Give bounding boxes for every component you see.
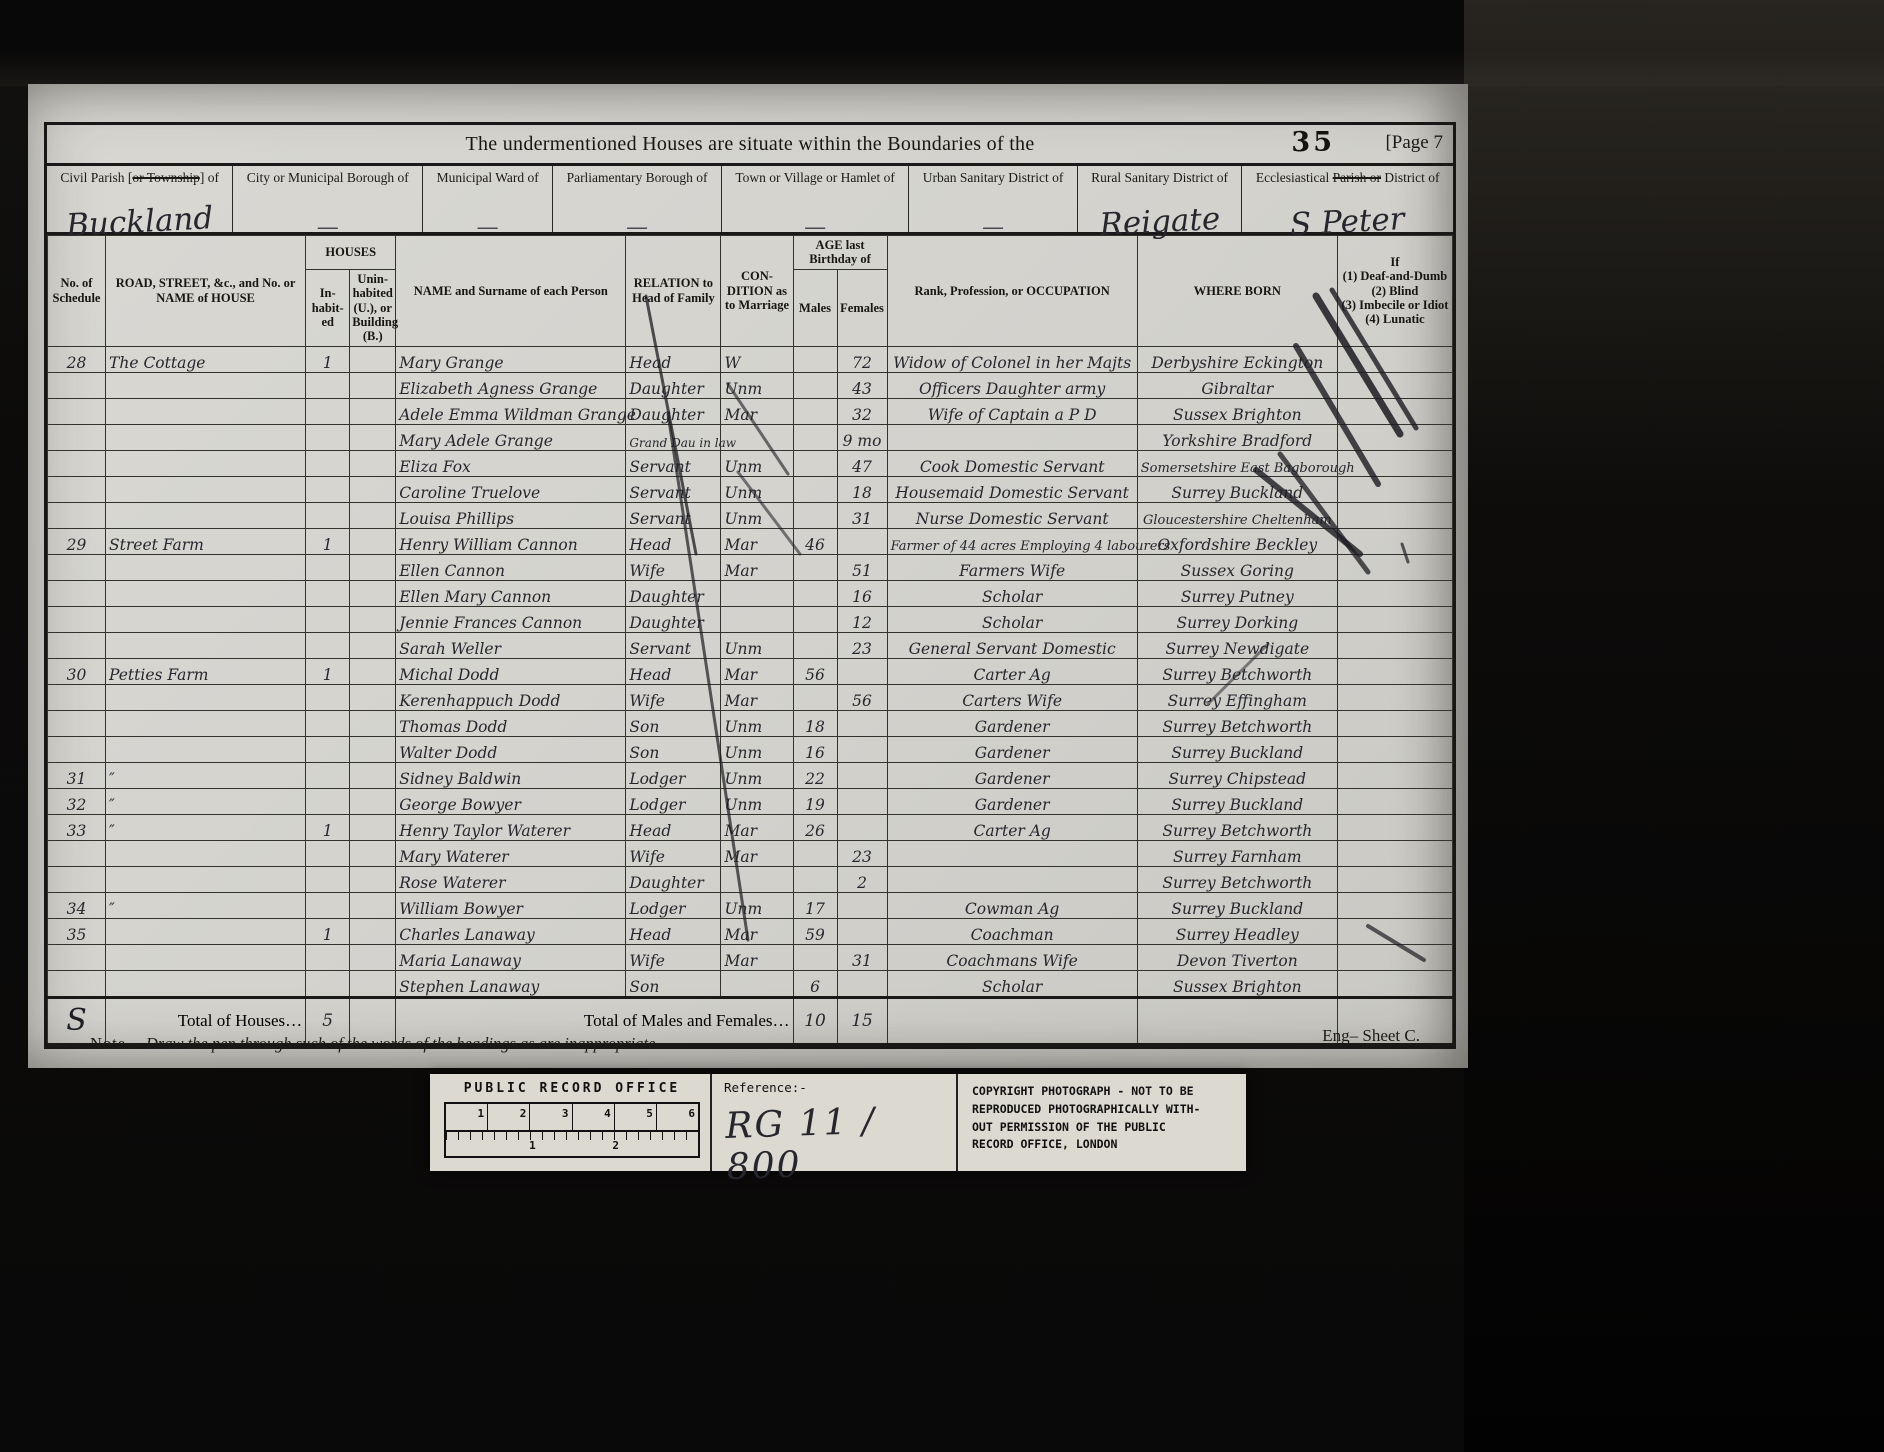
cell-age-females [837, 814, 887, 840]
cell-uninhabited [350, 944, 396, 970]
cell-age-males [793, 580, 837, 606]
census-table: No. of Schedule ROAD, STREET, &c., and N… [47, 235, 1453, 1046]
district-box: Civil Parish [or Township] ofBuckland [47, 166, 233, 232]
cell-inhabited [306, 710, 350, 736]
cell-inhabited [306, 762, 350, 788]
cell-house [106, 710, 306, 736]
district-box-value: — [722, 215, 908, 240]
infirmity-items: (1) Deaf-and-Dumb(2) Blind(3) Imbecile o… [1340, 269, 1450, 327]
cell-name: Thomas Dodd [396, 710, 626, 736]
cell-where-born: Derbyshire Eckington [1137, 346, 1337, 372]
cell-age-females: 56 [837, 684, 887, 710]
cell-age-females: 12 [837, 606, 887, 632]
cell-where-born: Surrey Farnham [1137, 840, 1337, 866]
cell-schedule: 29 [48, 528, 106, 554]
cell-condition: Unm [721, 502, 793, 528]
col-header-name: NAME and Surname of each Person [396, 236, 626, 347]
cell-where-born: Sussex Goring [1137, 554, 1337, 580]
cell-occupation: Officers Daughter army [887, 372, 1137, 398]
census-form: The undermentioned Houses are situate wi… [44, 122, 1456, 1049]
cell-uninhabited [350, 814, 396, 840]
cell-infirmity [1337, 476, 1452, 502]
ruler-inch-number: 4 [573, 1104, 615, 1130]
cell-name: Charles Lanaway [396, 918, 626, 944]
district-box-label: Municipal Ward of [423, 166, 552, 187]
cell-inhabited [306, 684, 350, 710]
copyright-line: RECORD OFFICE, LONDON [972, 1136, 1238, 1154]
district-box-label: Urban Sanitary District of [909, 166, 1076, 187]
census-document-sheet: The undermentioned Houses are situate wi… [28, 84, 1468, 1068]
cell-house [106, 944, 306, 970]
cell-inhabited [306, 892, 350, 918]
cell-age-males [793, 684, 837, 710]
cell-inhabited [306, 476, 350, 502]
cell-schedule [48, 970, 106, 997]
table-row: Jennie Frances CannonDaughter12ScholarSu… [48, 606, 1453, 632]
cell-uninhabited [350, 398, 396, 424]
ruler-inch-number: 5 [615, 1104, 657, 1130]
cell-inhabited [306, 866, 350, 892]
cell-uninhabited [350, 476, 396, 502]
ruler-inch-number: 1 [446, 1104, 488, 1130]
cell-house: ″ [106, 788, 306, 814]
cell-condition: Mar [721, 658, 793, 684]
cell-condition: Unm [721, 710, 793, 736]
cell-uninhabited [350, 684, 396, 710]
cell-house [106, 554, 306, 580]
cell-age-males: 6 [793, 970, 837, 997]
cell-relation: Wife [626, 944, 721, 970]
cell-relation: Daughter [626, 398, 721, 424]
cell-uninhabited [350, 632, 396, 658]
footnote-text: —Draw the pen through such of the words … [131, 1034, 659, 1053]
cell-occupation: Gardener [887, 736, 1137, 762]
cell-condition [721, 580, 793, 606]
cell-infirmity [1337, 606, 1452, 632]
cell-house [106, 970, 306, 997]
page-title: The undermentioned Houses are situate wi… [47, 133, 1453, 156]
cell-house: The Cottage [106, 346, 306, 372]
col-header-condition: CON-DITION as to Marriage [721, 236, 793, 347]
cell-condition [721, 606, 793, 632]
copyright-notice: COPYRIGHT PHOTOGRAPH - NOT TO BEREPRODUC… [972, 1083, 1238, 1154]
cell-relation: Wife [626, 554, 721, 580]
cell-inhabited [306, 944, 350, 970]
cell-condition: Unm [721, 736, 793, 762]
cell-schedule: 35 [48, 918, 106, 944]
copyright-line: OUT PERMISSION OF THE PUBLIC [972, 1119, 1238, 1137]
cell-infirmity [1337, 658, 1452, 684]
cell-infirmity [1337, 788, 1452, 814]
cell-where-born: Sussex Brighton [1137, 398, 1337, 424]
cell-age-females: 16 [837, 580, 887, 606]
cell-occupation: Farmers Wife [887, 554, 1137, 580]
cell-where-born: Sussex Brighton [1137, 970, 1337, 997]
cell-age-males [793, 944, 837, 970]
cell-inhabited: 1 [306, 528, 350, 554]
cell-condition: Mar [721, 918, 793, 944]
col-header-inhabited: In-habit-ed [306, 269, 350, 346]
cell-house [106, 866, 306, 892]
cell-occupation: Nurse Domestic Servant [887, 502, 1137, 528]
cell-name: Stephen Lanaway [396, 970, 626, 997]
cell-age-females: 9 mo [837, 424, 887, 450]
cell-schedule [48, 840, 106, 866]
cell-inhabited [306, 840, 350, 866]
col-header-road: ROAD, STREET, &c., and No. or NAME of HO… [106, 236, 306, 347]
district-box-value: — [909, 215, 1076, 240]
cell-condition [721, 866, 793, 892]
district-box-label: Ecclesiastical Parish or District of [1242, 166, 1453, 187]
cell-house: ″ [106, 814, 306, 840]
cell-name: Mary Adele Grange [396, 424, 626, 450]
cell-where-born: Surrey Effingham [1137, 684, 1337, 710]
cell-age-females: 72 [837, 346, 887, 372]
district-box: Municipal Ward of— [423, 166, 553, 232]
district-box-value: — [423, 215, 552, 240]
col-header-schedule: No. of Schedule [48, 236, 106, 347]
cell-name: Ellen Mary Cannon [396, 580, 626, 606]
cell-relation: Head [626, 814, 721, 840]
table-row: Elizabeth Agness GrangeDaughterUnm43Offi… [48, 372, 1453, 398]
cell-age-males [793, 606, 837, 632]
cell-occupation: Coachman [887, 918, 1137, 944]
cell-age-males [793, 424, 837, 450]
footnote: Note.—Draw the pen through such of the w… [90, 1034, 660, 1054]
cell-condition: Mar [721, 398, 793, 424]
cell-uninhabited [350, 788, 396, 814]
cell-condition: Unm [721, 372, 793, 398]
cell-where-born: Surrey Betchworth [1137, 710, 1337, 736]
table-row: Thomas DoddSonUnm18GardenerSurrey Betchw… [48, 710, 1453, 736]
cell-inhabited [306, 450, 350, 476]
cell-infirmity [1337, 528, 1452, 554]
col-header-infirmity: If (1) Deaf-and-Dumb(2) Blind(3) Imbecil… [1337, 236, 1452, 347]
cell-infirmity [1337, 918, 1452, 944]
col-header-age-group: AGE last Birthday of [793, 236, 887, 270]
cell-condition: Mar [721, 528, 793, 554]
cell-infirmity [1337, 814, 1452, 840]
cell-schedule [48, 476, 106, 502]
cell-occupation: Housemaid Domestic Servant [887, 476, 1137, 502]
ruler-inch-row: 123456 [446, 1104, 698, 1132]
cell-house: ″ [106, 892, 306, 918]
ruler-cm-row: 12 [446, 1132, 698, 1156]
cell-age-males [793, 346, 837, 372]
cell-age-females: 31 [837, 502, 887, 528]
cell-age-males [793, 840, 837, 866]
table-row: Mary Adele GrangeGrand Dau in law9 moYor… [48, 424, 1453, 450]
district-box-label: Civil Parish [or Township] of [47, 166, 232, 187]
cell-uninhabited [350, 840, 396, 866]
col-header-uninhabited: Unin-habited (U.), or Building (B.) [350, 269, 396, 346]
cell-where-born: Surrey Buckland [1137, 788, 1337, 814]
col-header-females: Females [837, 269, 887, 346]
cell-age-females [837, 658, 887, 684]
cell-occupation: Carter Ag [887, 814, 1137, 840]
ruler-cm-number: 1 [529, 1139, 536, 1152]
folio-number-stamp: 35 [1291, 127, 1335, 158]
cell-occupation: Cowman Ag [887, 892, 1137, 918]
cell-inhabited [306, 554, 350, 580]
cell-condition: Mar [721, 554, 793, 580]
infirmity-item: (2) Blind [1340, 284, 1450, 298]
cell-age-males [793, 476, 837, 502]
cell-relation: Daughter [626, 372, 721, 398]
cell-relation: Lodger [626, 788, 721, 814]
cell-schedule: 30 [48, 658, 106, 684]
cell-name: Louisa Phillips [396, 502, 626, 528]
col-header-born: WHERE BORN [1137, 236, 1337, 347]
cell-house [106, 424, 306, 450]
cell-occupation [887, 840, 1137, 866]
table-row: 31″Sidney BaldwinLodgerUnm22GardenerSurr… [48, 762, 1453, 788]
cell-schedule: 31 [48, 762, 106, 788]
cell-occupation: Wife of Captain a P D [887, 398, 1137, 424]
cell-relation: Head [626, 658, 721, 684]
cell-name: Henry William Cannon [396, 528, 626, 554]
cell-infirmity [1337, 502, 1452, 528]
cell-occupation: Gardener [887, 762, 1137, 788]
cell-where-born: Gloucestershire Cheltenham [1137, 502, 1337, 528]
cell-infirmity [1337, 580, 1452, 606]
table-row: Stephen LanawaySon6ScholarSussex Brighto… [48, 970, 1453, 997]
cell-occupation [887, 866, 1137, 892]
cell-uninhabited [350, 658, 396, 684]
cell-age-females: 23 [837, 840, 887, 866]
cell-condition: Mar [721, 814, 793, 840]
col-header-occupation: Rank, Profession, or OCCUPATION [887, 236, 1137, 347]
district-box: City or Municipal Borough of— [233, 166, 423, 232]
cell-schedule [48, 632, 106, 658]
cell-house [106, 606, 306, 632]
table-row: 30Petties Farm1Michal DoddHeadMar56Carte… [48, 658, 1453, 684]
cell-where-born: Surrey Betchworth [1137, 866, 1337, 892]
cell-age-females [837, 736, 887, 762]
cell-name: Caroline Truelove [396, 476, 626, 502]
cell-where-born: Gibraltar [1137, 372, 1337, 398]
cell-inhabited [306, 788, 350, 814]
cell-age-males: 22 [793, 762, 837, 788]
cell-name: Walter Dodd [396, 736, 626, 762]
cell-name: William Bowyer [396, 892, 626, 918]
cell-schedule: 28 [48, 346, 106, 372]
cell-age-females [837, 528, 887, 554]
cell-schedule [48, 606, 106, 632]
cell-age-males: 59 [793, 918, 837, 944]
stamp-reference-section: Reference:- RG 11 / 800 [710, 1074, 956, 1171]
census-table-header: No. of Schedule ROAD, STREET, &c., and N… [48, 236, 1453, 347]
cell-occupation: Cook Domestic Servant [887, 450, 1137, 476]
cell-schedule [48, 450, 106, 476]
cell-relation: Daughter [626, 866, 721, 892]
cell-name: Elizabeth Agness Grange [396, 372, 626, 398]
cell-house [106, 840, 306, 866]
cell-inhabited [306, 632, 350, 658]
cell-relation: Daughter [626, 606, 721, 632]
cell-inhabited [306, 606, 350, 632]
cell-inhabited [306, 502, 350, 528]
copyright-line: REPRODUCED PHOTOGRAPHICALLY WITH- [972, 1101, 1238, 1119]
cell-inhabited: 1 [306, 346, 350, 372]
cell-uninhabited [350, 918, 396, 944]
cell-where-born: Yorkshire Bradford [1137, 424, 1337, 450]
cell-age-females: 51 [837, 554, 887, 580]
cell-infirmity [1337, 684, 1452, 710]
table-row: 34″William BowyerLodgerUnm17Cowman AgSur… [48, 892, 1453, 918]
cell-age-males [793, 450, 837, 476]
cell-relation: Servant [626, 632, 721, 658]
cell-house [106, 476, 306, 502]
cell-occupation: Gardener [887, 788, 1137, 814]
cell-name: George Bowyer [396, 788, 626, 814]
cell-uninhabited [350, 372, 396, 398]
cell-inhabited [306, 398, 350, 424]
cell-occupation: General Servant Domestic [887, 632, 1137, 658]
table-row: Ellen Mary CannonDaughter16ScholarSurrey… [48, 580, 1453, 606]
ruler-inch-number: 6 [657, 1104, 698, 1130]
cell-where-born: Oxfordshire Beckley [1137, 528, 1337, 554]
cell-name: Henry Taylor Waterer [396, 814, 626, 840]
cell-infirmity [1337, 346, 1452, 372]
cell-where-born: Somersetshire East Bagborough [1137, 450, 1337, 476]
cell-house [106, 918, 306, 944]
cell-inhabited [306, 970, 350, 997]
cell-uninhabited [350, 866, 396, 892]
cell-inhabited: 1 [306, 918, 350, 944]
cell-age-females [837, 788, 887, 814]
cell-where-born: Surrey Buckland [1137, 736, 1337, 762]
district-box-label: Rural Sanitary District of [1078, 166, 1242, 187]
cell-uninhabited [350, 580, 396, 606]
cell-uninhabited [350, 762, 396, 788]
cell-schedule [48, 372, 106, 398]
cell-name: Jennie Frances Cannon [396, 606, 626, 632]
cell-inhabited [306, 372, 350, 398]
cell-relation: Daughter [626, 580, 721, 606]
col-header-relation: RELATION to Head of Family [626, 236, 721, 347]
cell-schedule [48, 944, 106, 970]
table-row: Eliza FoxServantUnm47Cook Domestic Serva… [48, 450, 1453, 476]
cell-condition: Mar [721, 840, 793, 866]
cell-inhabited [306, 424, 350, 450]
cell-uninhabited [350, 970, 396, 997]
cell-schedule [48, 502, 106, 528]
cell-relation: Son [626, 970, 721, 997]
cell-where-born: Surrey Dorking [1137, 606, 1337, 632]
cell-relation: Grand Dau in law [626, 424, 721, 450]
district-box-label: Parliamentary Borough of [553, 166, 721, 187]
cell-house [106, 372, 306, 398]
cell-occupation: Carters Wife [887, 684, 1137, 710]
cell-uninhabited [350, 554, 396, 580]
table-row: 33″1Henry Taylor WatererHeadMar26Carter … [48, 814, 1453, 840]
cell-condition: Unm [721, 762, 793, 788]
cell-inhabited: 1 [306, 658, 350, 684]
cell-schedule: 32 [48, 788, 106, 814]
cell-schedule [48, 424, 106, 450]
cell-name: Sidney Baldwin [396, 762, 626, 788]
cell-occupation: Gardener [887, 710, 1137, 736]
cell-inhabited: 1 [306, 814, 350, 840]
cell-condition: Unm [721, 476, 793, 502]
district-box: Urban Sanitary District of— [909, 166, 1077, 232]
photo-dark-border-right [1464, 0, 1884, 1452]
ruler-cm-number: 2 [612, 1139, 619, 1152]
cell-where-born: Surrey Buckland [1137, 476, 1337, 502]
cell-uninhabited [350, 450, 396, 476]
cell-schedule: 34 [48, 892, 106, 918]
cell-infirmity [1337, 866, 1452, 892]
cell-age-males: 19 [793, 788, 837, 814]
cell-infirmity [1337, 944, 1452, 970]
table-row: Rose WatererDaughter2Surrey Betchworth [48, 866, 1453, 892]
cell-age-males: 17 [793, 892, 837, 918]
cell-age-females [837, 970, 887, 997]
district-row: Civil Parish [or Township] ofBucklandCit… [47, 166, 1453, 235]
table-row: Kerenhappuch DoddWifeMar56Carters WifeSu… [48, 684, 1453, 710]
cell-age-females: 18 [837, 476, 887, 502]
cell-infirmity [1337, 892, 1452, 918]
cell-age-females: 43 [837, 372, 887, 398]
reference-value: RG 11 / 800 [725, 1098, 958, 1188]
cell-age-males: 46 [793, 528, 837, 554]
district-box-value: — [233, 215, 422, 240]
cell-age-females: 32 [837, 398, 887, 424]
cell-age-males [793, 554, 837, 580]
cell-relation: Lodger [626, 762, 721, 788]
cell-where-born: Surrey Newdigate [1137, 632, 1337, 658]
table-row: 28The Cottage1Mary GrangeHeadW72Widow of… [48, 346, 1453, 372]
cell-house [106, 398, 306, 424]
cell-uninhabited [350, 528, 396, 554]
cell-relation: Son [626, 710, 721, 736]
reference-label: Reference:- [724, 1080, 948, 1095]
cell-age-females: 47 [837, 450, 887, 476]
cell-infirmity [1337, 762, 1452, 788]
cell-occupation [887, 424, 1137, 450]
census-table-body: 28The Cottage1Mary GrangeHeadW72Widow of… [48, 346, 1453, 997]
table-row: Sarah WellerServantUnm23General Servant … [48, 632, 1453, 658]
cell-infirmity [1337, 372, 1452, 398]
cell-where-born: Surrey Buckland [1137, 892, 1337, 918]
cell-schedule: 33 [48, 814, 106, 840]
cell-condition: W [721, 346, 793, 372]
cell-inhabited [306, 736, 350, 762]
cell-schedule [48, 398, 106, 424]
sheet-label: Eng– Sheet C. [1322, 1026, 1420, 1046]
cell-occupation: Scholar [887, 970, 1137, 997]
total-females-value: 15 [837, 997, 887, 1044]
cell-house [106, 580, 306, 606]
cell-relation: Wife [626, 684, 721, 710]
cell-inhabited [306, 580, 350, 606]
cell-occupation: Scholar [887, 606, 1137, 632]
cell-name: Ellen Cannon [396, 554, 626, 580]
cell-infirmity [1337, 970, 1452, 997]
cell-age-males [793, 866, 837, 892]
cell-age-males [793, 372, 837, 398]
table-row: Ellen CannonWifeMar51Farmers WifeSussex … [48, 554, 1453, 580]
cell-name: Eliza Fox [396, 450, 626, 476]
cell-occupation: Carter Ag [887, 658, 1137, 684]
cell-schedule [48, 580, 106, 606]
cell-occupation: Coachmans Wife [887, 944, 1137, 970]
cell-infirmity [1337, 424, 1452, 450]
cell-house: ″ [106, 762, 306, 788]
cell-name: Mary Waterer [396, 840, 626, 866]
public-record-office-stamp: PUBLIC RECORD OFFICE 123456 12 Reference… [430, 1074, 1246, 1171]
